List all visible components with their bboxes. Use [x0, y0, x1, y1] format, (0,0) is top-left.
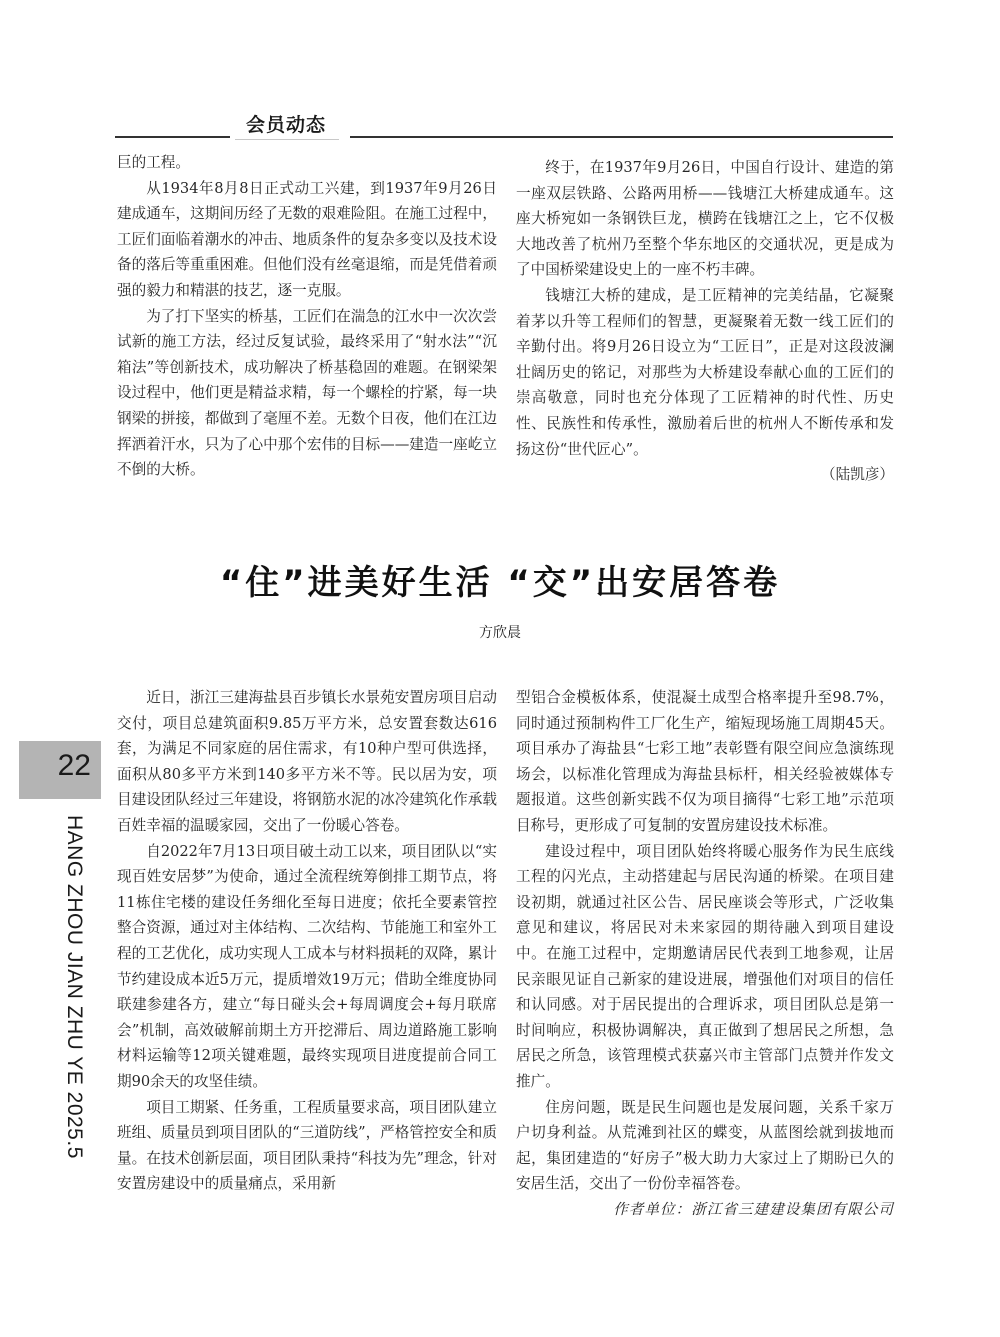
section-header: 会员动态 — [115, 108, 893, 148]
paragraph: 钱塘江大桥的建成，是工匠精神的完美结晶，它凝聚着茅以升等工程师们的智慧，更凝聚着… — [516, 283, 894, 462]
header-rule-left — [115, 136, 230, 138]
section-title: 会员动态 — [237, 110, 335, 137]
top-article-right-column: 终于，在1937年9月26日，中国自行设计、建造的第一座双层铁路、公路两用桥——… — [516, 155, 894, 488]
article-title: “住”进美好生活 “交”出安居答卷 — [0, 555, 1000, 604]
journal-name: HANG ZHOU JIAN ZHU YE 2025.5 — [62, 815, 86, 1159]
article-author: 方欣晨 — [0, 622, 1000, 642]
page-number: 22 — [58, 749, 91, 783]
top-article-left-column: 巨的工程。 从1934年8月8日正式动工兴建，到1937年9月26日建成通车，这… — [117, 150, 497, 483]
paragraph: 型铝合金模板体系，使混凝土成型合格率提升至98.7%，同时通过预制构件工厂化生产… — [516, 685, 894, 839]
section-title-underline — [235, 139, 339, 140]
article-left-column: 近日，浙江三建海盐县百步镇长水景苑安置房项目启动交付，项目总建筑面积9.85万平… — [117, 685, 497, 1197]
byline: （陆凯彦） — [516, 462, 894, 488]
page-number-tab: 22 — [19, 741, 101, 799]
paragraph: 住房问题，既是民生问题也是发展问题，关系千家万户切身利益。从荒滩到社区的蝶变，从… — [516, 1095, 894, 1197]
article-right-column: 型铝合金模板体系，使混凝土成型合格率提升至98.7%，同时通过预制构件工厂化生产… — [516, 685, 894, 1222]
paragraph: 近日，浙江三建海盐县百步镇长水景苑安置房项目启动交付，项目总建筑面积9.85万平… — [117, 685, 497, 839]
header-rule-right — [350, 136, 893, 138]
journal-name-vertical: HANG ZHOU JIAN ZHU YE 2025.5 — [46, 815, 86, 1175]
paragraph: 项目工期紧、任务重，工程质量要求高，项目团队建立班组、质量员到项目团队的“三道防… — [117, 1095, 497, 1197]
paragraph: 为了打下坚实的桥基，工匠们在湍急的江水中一次次尝试新的施工方法，经过反复试验，最… — [117, 304, 497, 483]
paragraph: 终于，在1937年9月26日，中国自行设计、建造的第一座双层铁路、公路两用桥——… — [516, 155, 894, 283]
paragraph: 建设过程中，项目团队始终将暖心服务作为民生底线工程的闪光点，主动搭建起与居民沟通… — [516, 839, 894, 1095]
author-affiliation: 作者单位：浙江省三建建设集团有限公司 — [516, 1197, 894, 1223]
paragraph: 巨的工程。 — [117, 150, 497, 176]
paragraph: 从1934年8月8日正式动工兴建，到1937年9月26日建成通车，这期间历经了无… — [117, 176, 497, 304]
paragraph: 自2022年7月13日项目破土动工以来，项目团队以“实现百姓安居梦”为使命，通过… — [117, 839, 497, 1095]
